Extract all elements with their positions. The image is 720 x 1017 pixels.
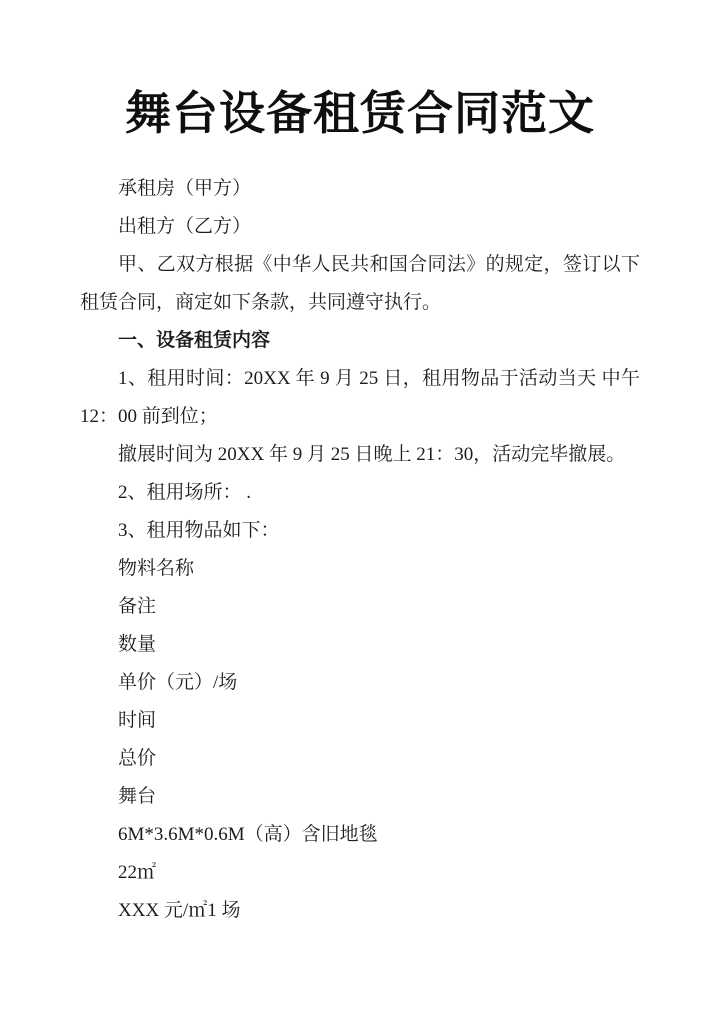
line-party-a: 承租房（甲方）	[80, 170, 640, 208]
document-title: 舞台设备租赁合同范文	[0, 86, 720, 142]
line-field-material-name: 物料名称	[80, 550, 640, 588]
line-clause1-teardown-time: 撤展时间为 20XX 年 9 月 25 日晚上 21：30，活动完毕撤展。	[80, 436, 640, 474]
line-field-total-price: 总价	[80, 740, 640, 778]
line-item-stage-price: XXX 元/㎡1 场	[80, 892, 640, 930]
line-clause3-items: 3、租用物品如下：	[80, 512, 640, 550]
document-page: 舞台设备租赁合同范文 承租房（甲方） 出租方（乙方） 甲、乙双方根据《中华人民共…	[0, 0, 720, 1017]
line-field-remarks: 备注	[80, 588, 640, 626]
line-field-unit-price: 单价（元）/场	[80, 664, 640, 702]
section-heading-rental-content: 一、设备租赁内容	[80, 322, 640, 360]
line-preamble-2: 租赁合同，商定如下条款，共同遵守执行。	[80, 284, 640, 322]
line-item-stage-area: 22㎡	[80, 854, 640, 892]
line-field-time: 时间	[80, 702, 640, 740]
line-item-stage: 舞台	[80, 778, 640, 816]
line-item-stage-spec: 6M*3.6M*0.6M（高）含旧地毯	[80, 816, 640, 854]
line-field-quantity: 数量	[80, 626, 640, 664]
line-clause2-venue: 2、租用场所： .	[80, 474, 640, 512]
line-clause1-rental-time-1: 1、租用时间：20XX 年 9 月 25 日，租用物品于活动当天 中午	[80, 360, 640, 398]
line-preamble-1: 甲、乙双方根据《中华人民共和国合同法》的规定，签订以下	[80, 246, 640, 284]
line-clause1-rental-time-2: 12：00 前到位；	[80, 398, 640, 436]
document-body: 承租房（甲方） 出租方（乙方） 甲、乙双方根据《中华人民共和国合同法》的规定，签…	[80, 170, 640, 930]
line-party-b: 出租方（乙方）	[80, 208, 640, 246]
